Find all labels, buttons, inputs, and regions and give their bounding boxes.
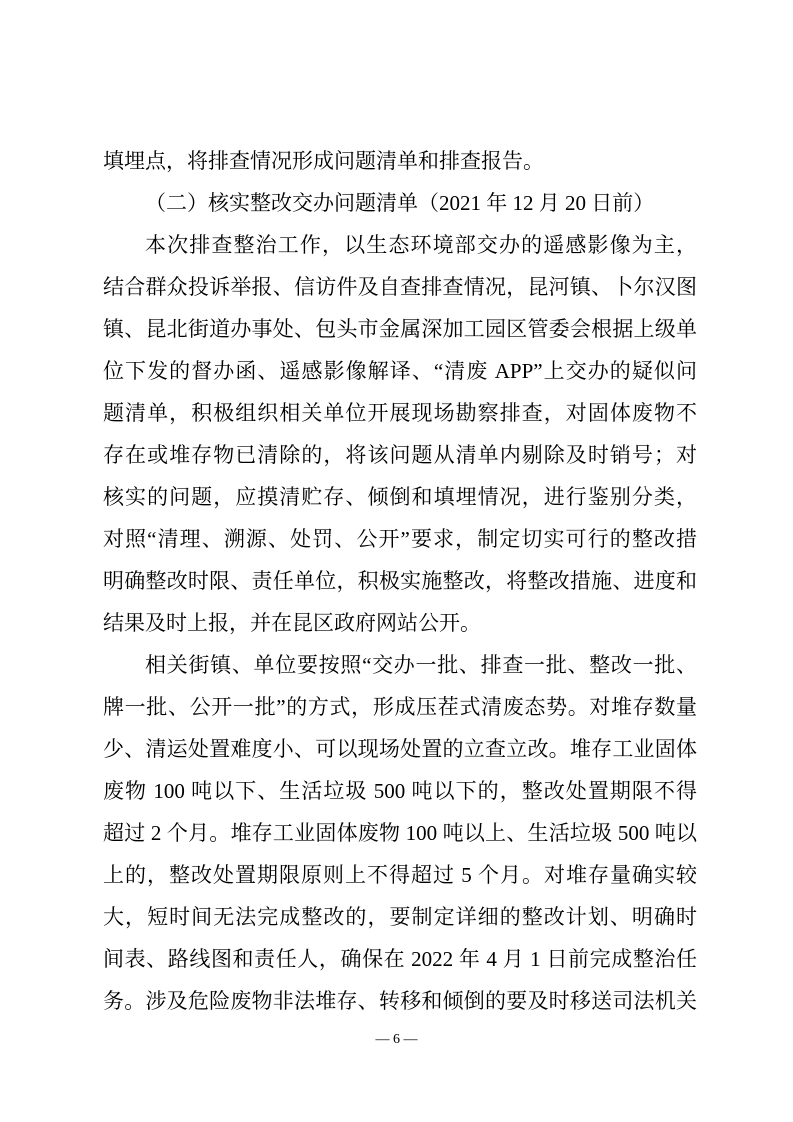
text-line: 上的，整改处置期限原则上不得超过 5 个月。对堆存量确实较 bbox=[103, 854, 697, 896]
document-page: 填埋点，将排查情况形成问题清单和排查报告。 （二）核实整改交办问题清单（2021… bbox=[0, 0, 793, 1122]
text-line: 题清单，积极组织相关单位开展现场勘察排查，对固体废物不 bbox=[103, 392, 697, 434]
text-line: 相关街镇、单位要按照“交办一批、排查一批、整改一批、挂 bbox=[103, 644, 697, 686]
text-line: 结合群众投诉举报、信访件及自查排查情况，昆河镇、卜尔汉图 bbox=[103, 266, 697, 308]
text-line: 位下发的督办函、遥感影像解译、“清废 APP”上交办的疑似问 bbox=[103, 350, 697, 392]
document-body: 填埋点，将排查情况形成问题清单和排查报告。 （二）核实整改交办问题清单（2021… bbox=[103, 140, 697, 1022]
text-line: 少、清运处置难度小、可以现场处置的立查立改。堆存工业固体 bbox=[103, 728, 697, 770]
text-line: 废物 100 吨以下、生活垃圾 500 吨以下的，整改处置期限不得 bbox=[103, 770, 697, 812]
page-number: — 6 — bbox=[376, 1032, 418, 1047]
page-footer: — 6 — bbox=[0, 1030, 793, 1050]
text-line: 本次排查整治工作，以生态环境部交办的遥感影像为主， bbox=[103, 224, 697, 266]
text-line: 牌一批、公开一批”的方式，形成压茬式清废态势。对堆存数量 bbox=[103, 686, 697, 728]
section-heading: （二）核实整改交办问题清单（2021 年 12 月 20 日前） bbox=[103, 182, 697, 224]
text-line: 结果及时上报，并在昆区政府网站公开。 bbox=[103, 602, 697, 644]
text-line: 明确整改时限、责任单位，积极实施整改，将整改措施、进度和 bbox=[103, 560, 697, 602]
text-line: 超过 2 个月。堆存工业固体废物 100 吨以上、生活垃圾 500 吨以 bbox=[103, 812, 697, 854]
text-line: 间表、路线图和责任人，确保在 2022 年 4 月 1 日前完成整治任 bbox=[103, 938, 697, 980]
text-line: 对照“清理、溯源、处罚、公开”要求，制定切实可行的整改措施， bbox=[103, 518, 697, 560]
text-line: 填埋点，将排查情况形成问题清单和排查报告。 bbox=[103, 140, 697, 182]
text-line: 存在或堆存物已清除的，将该问题从清单内剔除及时销号；对 bbox=[103, 434, 697, 476]
text-line: 核实的问题，应摸清贮存、倾倒和填埋情况，进行鉴别分类， bbox=[103, 476, 697, 518]
text-line: 大，短时间无法完成整改的，要制定详细的整改计划、明确时 bbox=[103, 896, 697, 938]
text-line: 务。涉及危险废物非法堆存、转移和倾倒的要及时移送司法机关 bbox=[103, 980, 697, 1022]
text-line: 镇、昆北街道办事处、包头市金属深加工园区管委会根据上级单 bbox=[103, 308, 697, 350]
